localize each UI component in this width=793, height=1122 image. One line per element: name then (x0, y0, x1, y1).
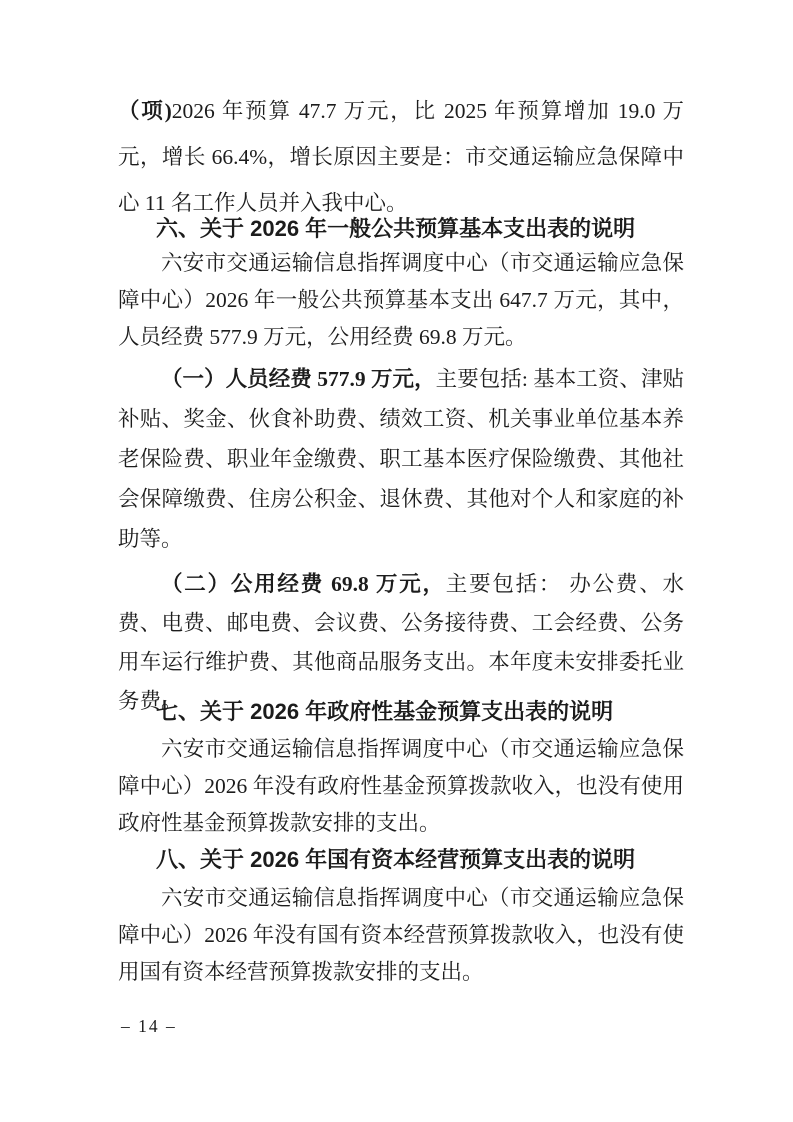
section-heading-seven-government-fund: 七、关于 2026 年政府性基金预算支出表的说明 (118, 694, 684, 730)
text-run: 2026 年预算 47.7 万元，比 2025 年预算增加 19.0 万元，增长… (118, 99, 684, 215)
paragraph-personnel-expense: （一）人员经费 577.9 万元，主要包括: 基本工资、津贴补贴、奖金、伙食补助… (118, 359, 684, 559)
bold-run-item-label: （项) (118, 99, 172, 123)
paragraph-state-capital: 六安市交通运输信息指挥调度中心（市交通运输应急保障中心）2026 年没有国有资本… (118, 880, 684, 991)
text-run: 主要包括: 基本工资、津贴补贴、奖金、伙食补助费、绩效工资、机关事业单位基本养老… (118, 367, 684, 551)
section-heading-eight-state-capital: 八、关于 2026 年国有资本经营预算支出表的说明 (118, 842, 684, 878)
paragraph-budget-item-continuation: （项)2026 年预算 47.7 万元，比 2025 年预算增加 19.0 万元… (118, 88, 684, 226)
paragraph-basic-expenditure-summary: 六安市交通运输信息指挥调度中心（市交通运输应急保障中心）2026 年一般公共预算… (118, 245, 684, 356)
paragraph-government-fund: 六安市交通运输信息指挥调度中心（市交通运输应急保障中心）2026 年没有政府性基… (118, 731, 684, 842)
bold-run-personnel-expense: （一）人员经费 577.9 万元， (161, 367, 436, 391)
bold-run-public-expense: （二）公用经费 69.8 万元， (161, 572, 446, 596)
page-number: – 14 – (121, 1012, 177, 1040)
document-page: （项)2026 年预算 47.7 万元，比 2025 年预算增加 19.0 万元… (0, 0, 793, 1122)
section-heading-six-basic-expenditure: 六、关于 2026 年一般公共预算基本支出表的说明 (118, 211, 684, 247)
